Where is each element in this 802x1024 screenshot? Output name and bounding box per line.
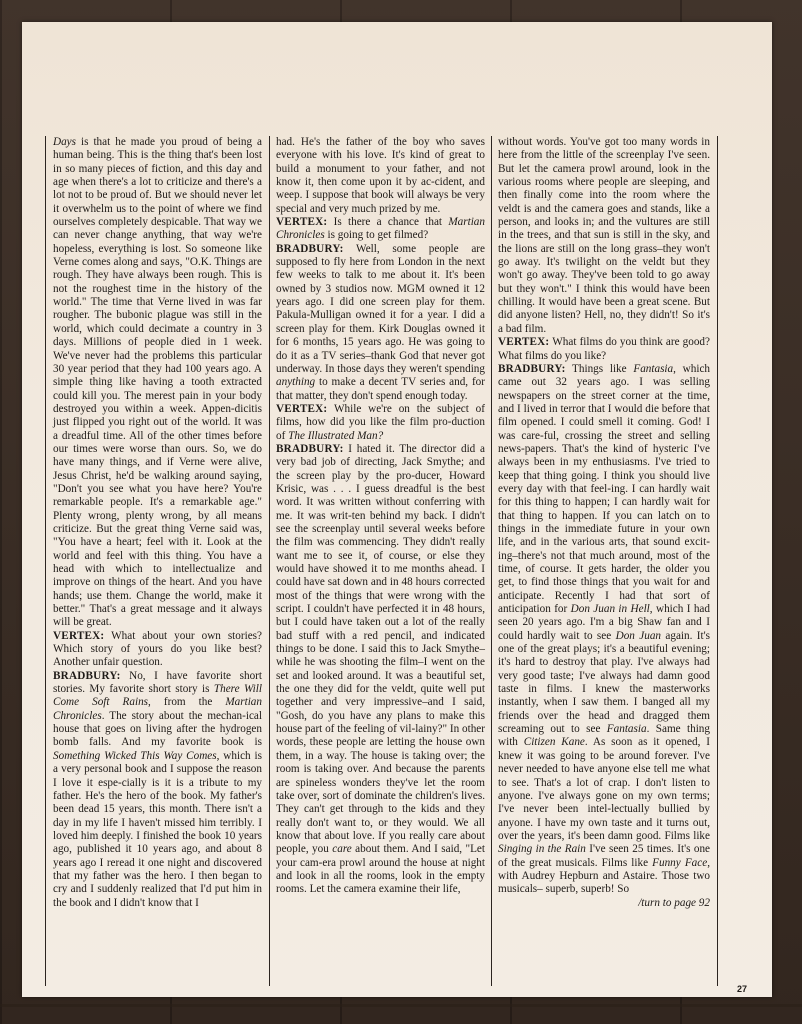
- body-text: , from the: [148, 696, 225, 708]
- body-text: is that he made you proud of being a hum…: [53, 136, 262, 628]
- body-text: Things like: [566, 363, 634, 375]
- paragraph: VERTEX: While we're on the subject of fi…: [276, 403, 485, 443]
- speaker-label: BRADBURY:: [276, 443, 344, 455]
- title-italic: care: [332, 843, 351, 855]
- body-text: . As soon as it opened, I knew it was go…: [498, 736, 710, 841]
- paragraph: BRADBURY: No, I have favorite short stor…: [53, 670, 262, 910]
- title-italic: Don Juan in Hell: [571, 603, 650, 615]
- column-rule: [717, 136, 718, 986]
- article-body: Days is that he made you proud of being …: [50, 136, 750, 986]
- paragraph: Days is that he made you proud of being …: [53, 136, 262, 630]
- title-italic: Don Juan: [616, 630, 661, 642]
- paragraph: BRADBURY: Things like Fantasia, which ca…: [498, 363, 710, 897]
- column-rule: [269, 136, 270, 986]
- speaker-label: VERTEX:: [276, 216, 327, 228]
- body-text: again. It's one of the great plays; it's…: [498, 630, 710, 735]
- body-text: is going to get filmed?: [325, 229, 428, 241]
- body-text: had. He's the father of the boy who save…: [276, 136, 485, 215]
- continuation-link: /turn to page 92: [498, 897, 710, 910]
- body-text: Is there a chance that: [327, 216, 448, 228]
- paragraph: VERTEX: What films do you think are good…: [498, 336, 710, 363]
- title-italic: Fantasia: [607, 723, 647, 735]
- title-italic: Something Wicked This Way Comes: [53, 750, 217, 762]
- paragraph: without words. You've got too many words…: [498, 136, 710, 336]
- text-column-2: had. He's the father of the boy who save…: [276, 136, 485, 986]
- speaker-label: BRADBURY:: [276, 243, 344, 255]
- title-italic: Fantasia: [633, 363, 673, 375]
- body-text: without words. You've got too many words…: [498, 136, 710, 335]
- title-italic: anything: [276, 376, 315, 388]
- paragraph: VERTEX: Is there a chance that Martian C…: [276, 216, 485, 243]
- title-italic: Citizen Kane: [524, 736, 585, 748]
- body-text: , which is a very personal book and I su…: [53, 750, 262, 909]
- title-italic: Funny Face: [652, 857, 707, 869]
- speaker-label: VERTEX:: [53, 630, 104, 642]
- speaker-label: BRADBURY:: [498, 363, 566, 375]
- column-rule: [491, 136, 492, 986]
- speaker-label: VERTEX:: [498, 336, 549, 348]
- speaker-label: VERTEX:: [276, 403, 327, 415]
- text-column-3: without words. You've got too many words…: [498, 136, 710, 986]
- paragraph: had. He's the father of the boy who save…: [276, 136, 485, 216]
- page-number: 27: [737, 984, 747, 994]
- body-text: Well, some people are supposed to fly he…: [276, 243, 485, 375]
- paragraph: BRADBURY: I hated it. The director did a…: [276, 443, 485, 897]
- paragraph: BRADBURY: Well, some people are supposed…: [276, 243, 485, 403]
- body-text: , which came out 32 years ago. I was sel…: [498, 363, 710, 615]
- speaker-label: BRADBURY:: [53, 670, 121, 682]
- column-rule: [45, 136, 46, 986]
- body-text: I hated it. The director did a very bad …: [276, 443, 485, 855]
- paragraph: VERTEX: What about your own stories? Whi…: [53, 630, 262, 670]
- wood-seam: [0, 1004, 802, 1007]
- title-italic: Singing in the Rain: [498, 843, 586, 855]
- text-column-1: Days is that he made you proud of being …: [53, 136, 262, 986]
- magazine-page: Days is that he made you proud of being …: [22, 22, 772, 997]
- title-italic: Days: [53, 136, 76, 148]
- title-italic: The Illustrated Man?: [288, 430, 383, 442]
